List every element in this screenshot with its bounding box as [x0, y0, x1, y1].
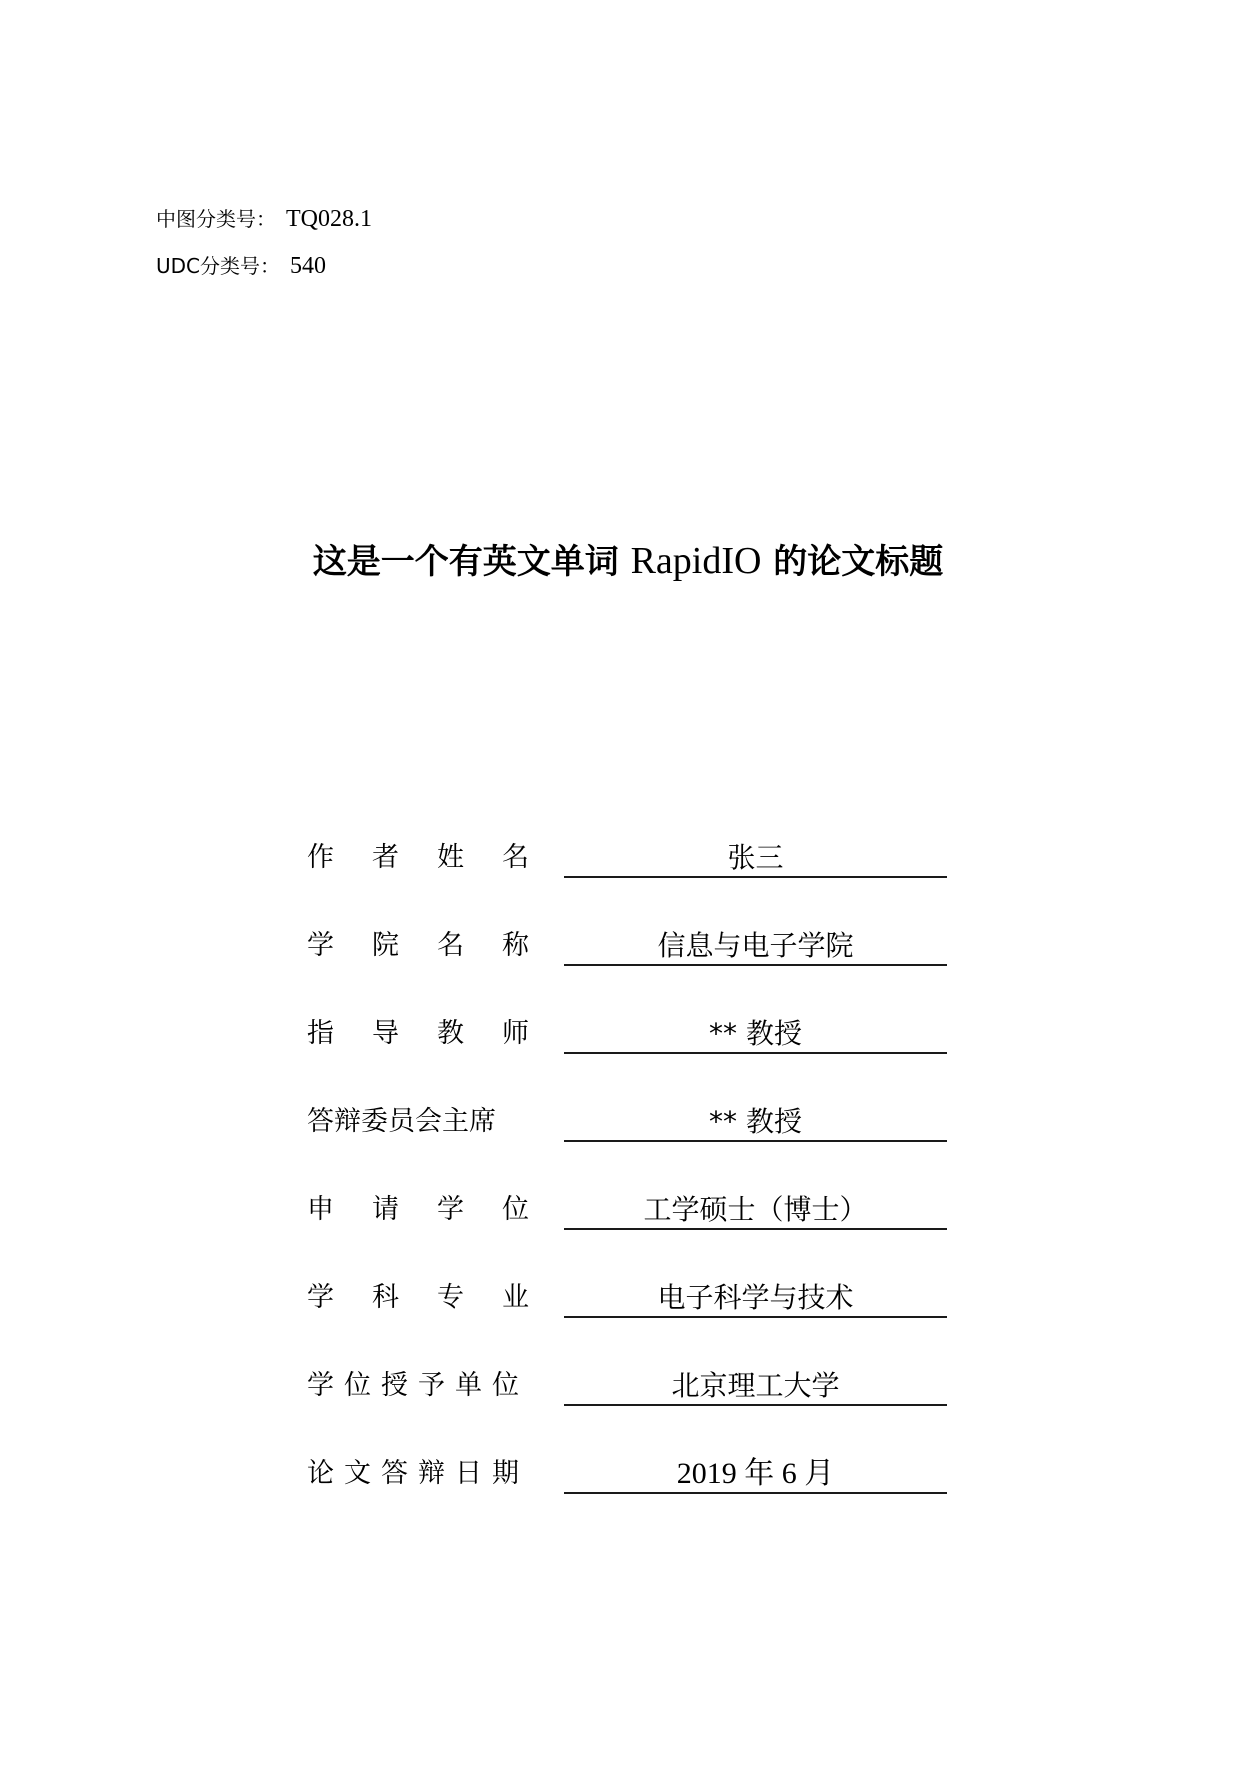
info-value-field: 信息与电子学院 [564, 928, 947, 966]
info-label: 论文答辩日期 [307, 1456, 537, 1492]
info-label: 申请学位 [307, 1192, 537, 1228]
udc-label: UDC分类号： [156, 254, 280, 278]
clc-label: 中图分类号： [156, 207, 276, 231]
info-value: 信息与电子学院 [657, 929, 853, 962]
info-value-field: 北京理工大学 [564, 1368, 947, 1406]
info-value: 北京理工大学 [671, 1369, 839, 1402]
title-latin-word: RapidIO [631, 540, 762, 582]
title-prefix: 这是一个有英文单词 [313, 542, 631, 582]
info-label: 学院名称 [307, 928, 537, 964]
info-label: 作者姓名 [307, 840, 537, 876]
info-label: 学位授予单位 [307, 1368, 537, 1404]
info-label: 学科专业 [307, 1280, 537, 1316]
info-value-field: 张三 [564, 840, 947, 878]
info-label: 指导教师 [307, 1016, 537, 1052]
info-row-major: 学科专业 电子科学与技术 [307, 1280, 967, 1320]
info-value: ** 教授 [709, 1105, 802, 1138]
info-value: ** 教授 [709, 1017, 802, 1050]
info-value: 工学硕士（博士） [643, 1193, 867, 1226]
info-value: 2019 年 6 月 [677, 1457, 835, 1490]
info-row-defense-date: 论文答辩日期 2019 年 6 月 [307, 1456, 967, 1496]
info-value: 张三 [727, 841, 783, 874]
thesis-cover-page: 中图分类号：TQ028.1 UDC分类号：540 这是一个有英文单词 Rapid… [0, 0, 1256, 1778]
udc-classification: UDC分类号：540 [156, 253, 326, 279]
info-value-field: 电子科学与技术 [564, 1280, 947, 1318]
info-row-committee-chair: 答辩委员会主席 ** 教授 [307, 1104, 967, 1144]
info-row-degree-grantor: 学位授予单位 北京理工大学 [307, 1368, 967, 1408]
info-value-field: 工学硕士（博士） [564, 1192, 947, 1230]
info-label: 答辩委员会主席 [307, 1104, 537, 1140]
info-row-degree: 申请学位 工学硕士（博士） [307, 1192, 967, 1232]
info-value-field: ** 教授 [564, 1104, 947, 1142]
thesis-title: 这是一个有英文单词 RapidIO 的论文标题 [0, 540, 1256, 583]
info-row-school: 学院名称 信息与电子学院 [307, 928, 967, 968]
info-value-field: 2019 年 6 月 [564, 1456, 947, 1494]
info-row-supervisor: 指导教师 ** 教授 [307, 1016, 967, 1056]
clc-classification: 中图分类号：TQ028.1 [156, 206, 372, 232]
info-row-author: 作者姓名 张三 [307, 840, 967, 880]
udc-value: 540 [290, 253, 326, 279]
info-value-field: ** 教授 [564, 1016, 947, 1054]
title-suffix: 的论文标题 [761, 542, 943, 582]
info-value: 电子科学与技术 [657, 1281, 853, 1314]
clc-value: TQ028.1 [286, 206, 372, 232]
